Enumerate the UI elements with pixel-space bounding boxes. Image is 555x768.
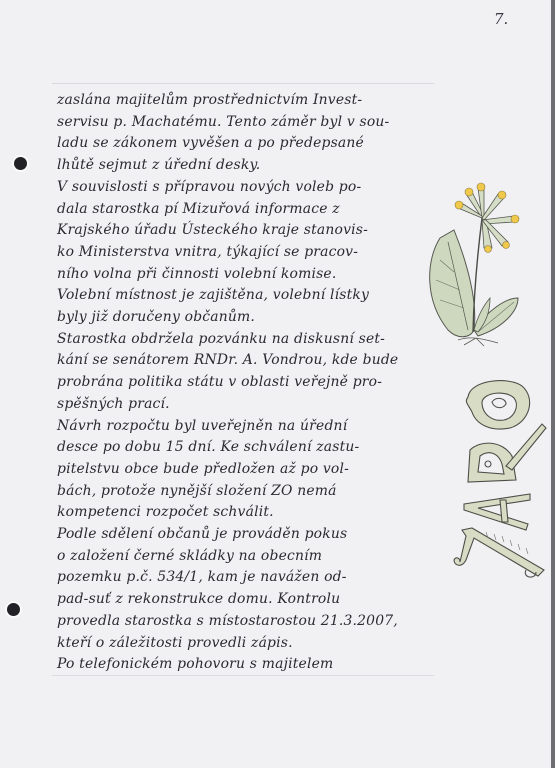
text-line: dala starostka pí Mizuřová informace z — [57, 199, 449, 221]
page-number: 7. — [494, 10, 508, 28]
flower-illustration-icon — [418, 180, 528, 355]
text-line: desce po dobu 15 dní. Ke schválení zastu… — [57, 437, 449, 459]
punch-hole-bottom — [7, 603, 20, 616]
text-line: Po telefonickém pohovoru s majitelem — [57, 654, 449, 676]
text-line: ladu se zákonem vyvěšen a po předepsané — [57, 133, 449, 155]
text-line: Návrh rozpočtu byl uveřejněn na úřední — [57, 416, 449, 438]
text-line: o založení černé skládky na obecním — [57, 546, 449, 568]
text-line: provedla starostka s místostarostou 21.3… — [57, 611, 449, 633]
scan-edge-strip — [551, 0, 555, 768]
text-line: kompetenci rozpočet schválit. — [57, 502, 449, 524]
text-line: kání se senátorem RNDr. A. Vondrou, kde … — [57, 350, 449, 372]
text-line: Krajského úřadu Ústeckého kraje stanovis… — [57, 220, 449, 242]
jaro-title-illustration-icon — [450, 372, 550, 582]
text-line: kteří o záležitosti provedli zápis. — [57, 633, 449, 655]
text-line: V souvislosti s přípravou nových voleb p… — [57, 177, 449, 199]
text-line: Volební místnost je zajištěna, volební l… — [57, 285, 449, 307]
text-line: byly již doručeny občanům. — [57, 307, 449, 329]
text-line: ko Ministerstva vnitra, týkající se prac… — [57, 242, 449, 264]
text-line: pozemku p.č. 534/1, kam je navážen od- — [57, 567, 449, 589]
text-line: spěšných prací. — [57, 394, 449, 416]
text-line: ního volna při činnosti volební komise. — [57, 264, 449, 286]
text-line: Starostka obdržela pozvánku na diskusní … — [57, 329, 449, 351]
text-line: probrána politika státu v oblasti veřejn… — [57, 372, 449, 394]
text-line: bách, protože nynější složení ZO nemá — [57, 481, 449, 503]
text-line: pitelstvu obce bude předložen až po vol- — [57, 459, 449, 481]
text-line: lhůtě sejmut z úřední desky. — [57, 155, 449, 177]
text-line: zaslána majitelům prostřednictvím Invest… — [57, 90, 449, 112]
text-line: pad-suť z rekonstrukce domu. Kontrolu — [57, 589, 449, 611]
text-line: servisu p. Machatému. Tento záměr byl v … — [57, 112, 449, 134]
scanned-page: 7. zaslána majitelům prostřednictvím Inv… — [0, 0, 551, 768]
handwritten-text-block: zaslána majitelům prostřednictvím Invest… — [57, 90, 457, 676]
punch-hole-top — [14, 157, 27, 170]
text-line: Podle sdělení občanů je prováděn pokus — [57, 524, 449, 546]
